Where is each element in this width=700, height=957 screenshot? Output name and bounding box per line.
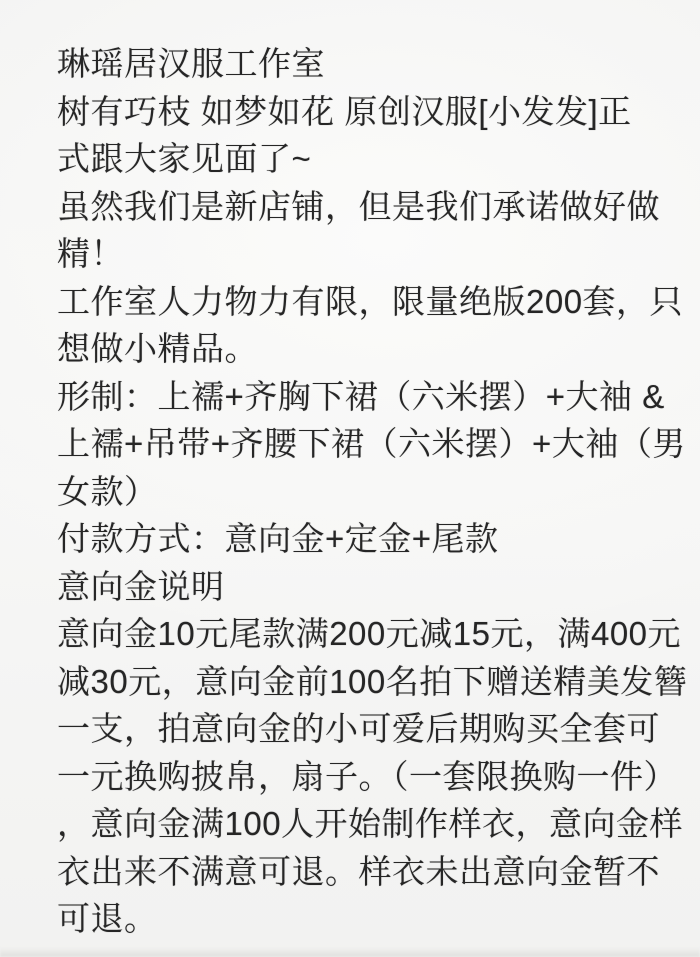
- text-line: 精！: [57, 230, 657, 278]
- description-text-block: 琳瑶居汉服工作室 树有巧枝 如梦如花 原创汉服[小发发]正 式跟大家见面了~ 虽…: [57, 40, 657, 943]
- text-line: 树有巧枝 如梦如花 原创汉服[小发发]正: [57, 88, 657, 136]
- text-line: 付款方式：意向金+定金+尾款: [57, 515, 657, 563]
- text-line: 想做小精品。: [57, 325, 657, 373]
- text-line: 一支，拍意向金的小可爱后期购买全套可: [57, 705, 657, 753]
- text-line: 一元换购披帛，扇子。（一套限换购一件）: [57, 753, 657, 801]
- text-line: 减30元，意向金前100名拍下赠送精美发簪: [57, 658, 657, 706]
- text-line: 女款）: [57, 468, 657, 516]
- text-line: 虽然我们是新店铺，但是我们承诺做好做: [57, 183, 657, 231]
- text-line: 形制：上襦+齐胸下裙（六米摆）+大袖 &: [57, 373, 657, 421]
- description-image-page: 琳瑶居汉服工作室 树有巧枝 如梦如花 原创汉服[小发发]正 式跟大家见面了~ 虽…: [0, 0, 700, 957]
- text-line: 可退。: [57, 895, 657, 943]
- text-line: 工作室人力物力有限，限量绝版200套，只: [57, 278, 657, 326]
- text-line: ，意向金满100人开始制作样衣，意向金样: [57, 800, 657, 848]
- text-line: 意向金说明: [57, 563, 657, 611]
- text-line: 衣出来不满意可退。样衣未出意向金暂不: [57, 848, 657, 896]
- text-line: 上襦+吊带+齐腰下裙（六米摆）+大袖（男: [57, 420, 657, 468]
- bottom-edge-shadow: [0, 947, 700, 957]
- text-line: 式跟大家见面了~: [57, 135, 657, 183]
- text-line: 意向金10元尾款满200元减15元，满400元: [57, 610, 657, 658]
- text-line: 琳瑶居汉服工作室: [57, 40, 657, 88]
